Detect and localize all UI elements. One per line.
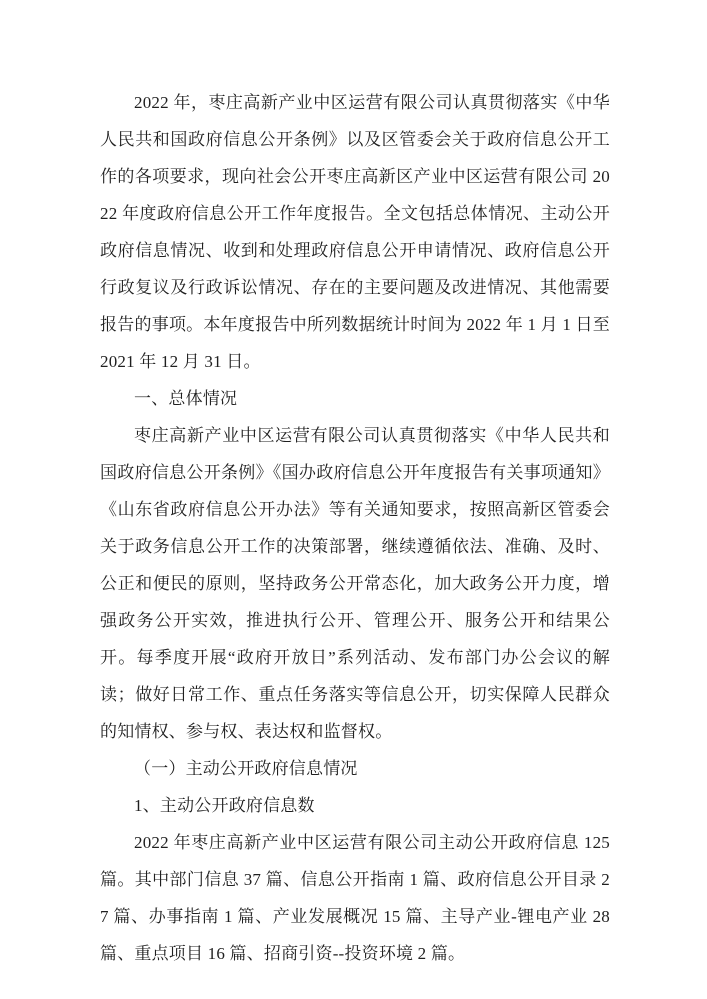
- section-heading: 1、主动公开政府信息数: [100, 787, 610, 824]
- paragraph: 枣庄高新产业中区运营有限公司认真贯彻落实《中华人民共和国政府信息公开条例》《国办…: [100, 417, 610, 750]
- document-page: 2022 年，枣庄高新产业中区运营有限公司认真贯彻落实《中华人民共和国政府信息公…: [0, 0, 707, 999]
- paragraph: 2022 年，枣庄高新产业中区运营有限公司认真贯彻落实《中华人民共和国政府信息公…: [100, 84, 610, 380]
- section-heading: （一）主动公开政府信息情况: [100, 750, 610, 787]
- paragraph: 2022 年枣庄高新产业中区运营有限公司主动公开政府信息 125 篇。其中部门信…: [100, 824, 610, 972]
- section-heading: 一、总体情况: [100, 380, 610, 417]
- report-body: 2022 年，枣庄高新产业中区运营有限公司认真贯彻落实《中华人民共和国政府信息公…: [100, 84, 610, 972]
